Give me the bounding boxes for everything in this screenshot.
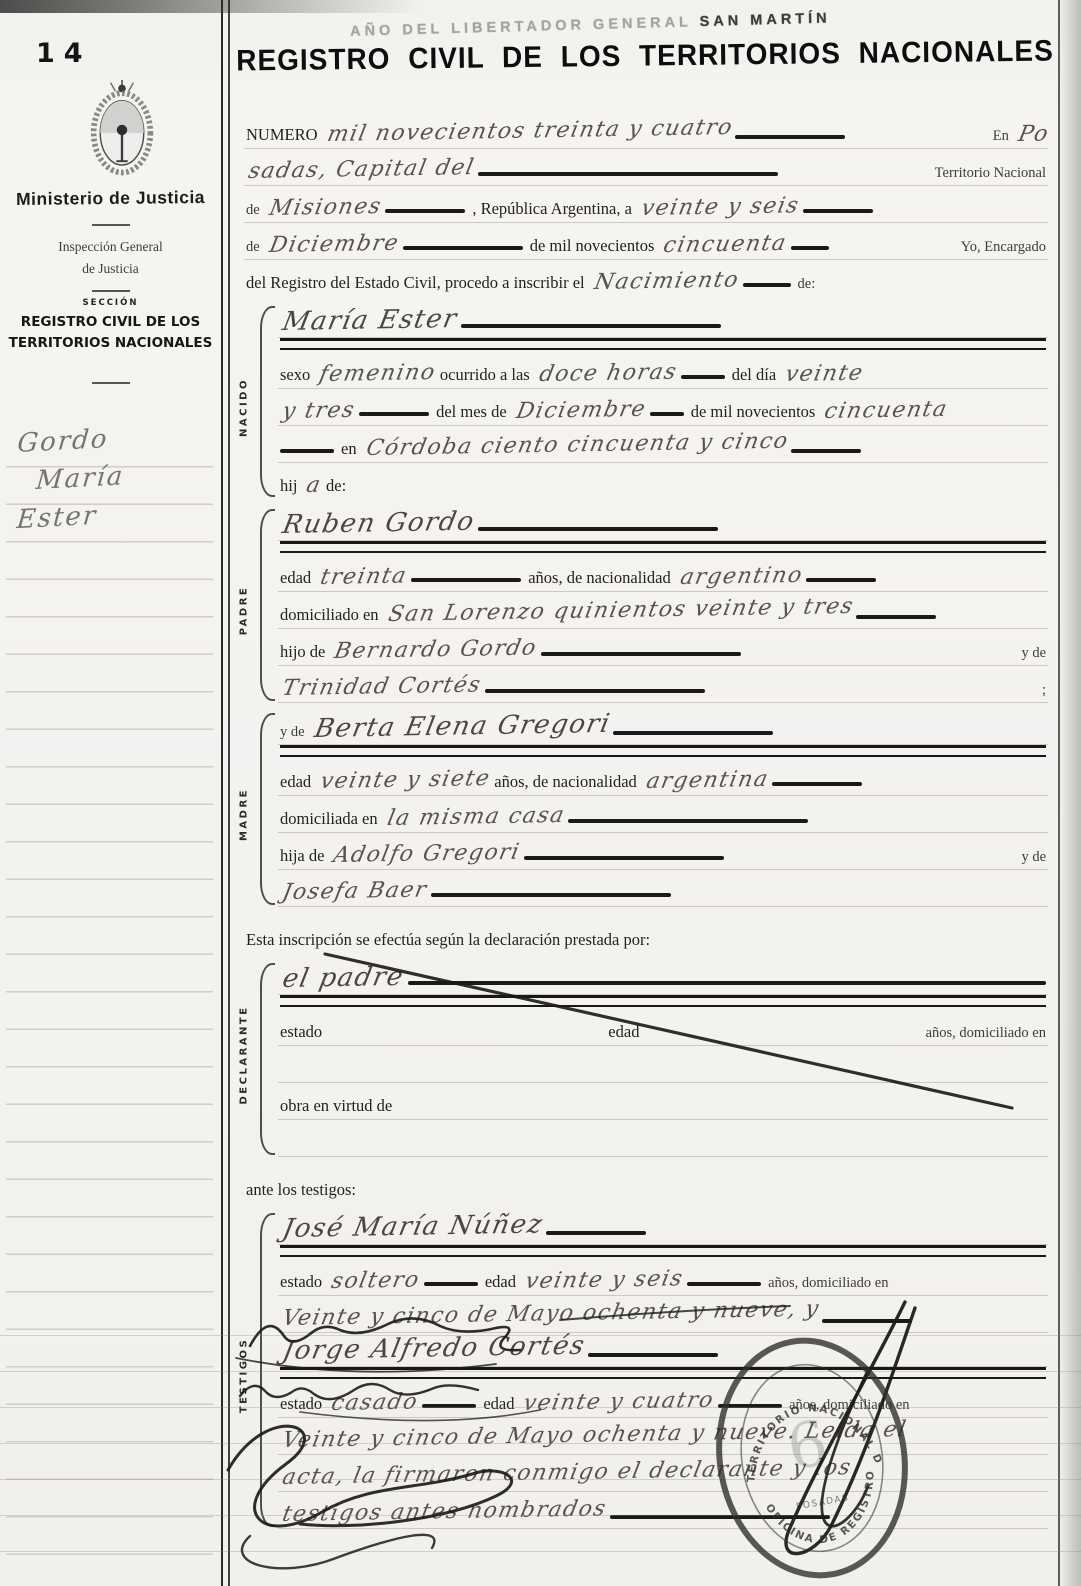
divider xyxy=(92,290,130,292)
ink-stroke xyxy=(431,893,671,897)
form-line: edadtreintaaños, de nacionalidadargentin… xyxy=(278,555,1048,592)
ink-stroke xyxy=(856,615,936,619)
divider xyxy=(92,224,130,226)
ink-stroke xyxy=(280,449,334,453)
form-label: del Registro del Estado Civil, procedo a… xyxy=(246,273,585,296)
handwritten-entry: soltero xyxy=(329,1269,422,1295)
handwritten-entry: Josefa Baer xyxy=(280,879,429,906)
document-title: REGISTRO CIVIL DE LOS TERRITORIOS NACION… xyxy=(232,34,1058,78)
year-stamp-faded: AÑO DEL LIBERTADOR GENERAL xyxy=(350,14,692,40)
form-label: domiciliado en xyxy=(280,605,379,628)
form-label: años, domiciliado en xyxy=(926,1025,1046,1045)
form-line: deDiciembrede mil novecientoscincuentaYo… xyxy=(244,223,1048,260)
form-line xyxy=(278,1046,1048,1083)
form-label: de: xyxy=(326,476,346,499)
form-line: edadveinte y sieteaños, de nacionalidada… xyxy=(278,759,1048,796)
handwritten-entry: la misma casa xyxy=(385,805,567,832)
folio-number: 14 xyxy=(36,38,92,69)
handwritten-entry: argentina xyxy=(644,769,771,795)
handwritten-entry: argentino xyxy=(678,565,805,591)
margin-handwritten-name: Gordo María Ester xyxy=(9,415,214,540)
handwritten-entry: sadas, Capital del xyxy=(246,157,477,185)
heavy-rule xyxy=(280,745,1046,757)
handwritten-entry: doce horas xyxy=(537,362,679,388)
form-label: Territorio Nacional xyxy=(935,165,1046,185)
handwritten-entry: cincuenta xyxy=(661,233,789,259)
ink-stroke xyxy=(485,689,705,693)
padre-block: Ruben Gordoedadtreintaaños, de nacionali… xyxy=(278,507,1048,703)
handwritten-entry: y tres xyxy=(280,400,357,425)
form-line: hijo deBernardo Gordoy de xyxy=(278,629,1048,666)
handwritten-entry: Berta Elena Gregori xyxy=(312,711,613,744)
heavy-rule xyxy=(280,995,1046,1007)
form-label: edad xyxy=(608,1022,639,1045)
form-label: del mes de xyxy=(436,402,507,425)
form-label: sexo xyxy=(280,365,310,388)
form-label: NUMERO xyxy=(246,125,318,148)
ink-stroke xyxy=(791,246,829,250)
form-line: estadoedadaños, domiciliado en xyxy=(278,1009,1048,1046)
form-label: estado xyxy=(280,1022,322,1045)
section-declarante: DECLARANTE el padreestadoedadaños, domic… xyxy=(244,961,1048,1157)
handwritten-entry: Ruben Gordo xyxy=(280,509,477,540)
registry-heading: REGISTRO CIVIL DE LOS TERRITORIOS NACION… xyxy=(0,312,221,354)
divider xyxy=(92,382,130,384)
ink-stroke xyxy=(803,209,873,213)
form-label: años, de nacionalidad xyxy=(494,772,637,795)
inspection-line2: de Justicia xyxy=(0,258,221,280)
declarante-block: el padreestadoedadaños, domiciliado enob… xyxy=(278,961,1048,1157)
handwritten-entry: San Lorenzo quinientos veinte y tres xyxy=(386,596,856,628)
form-label: hija de xyxy=(280,846,324,869)
form-label: obra en virtud de xyxy=(280,1096,392,1119)
section-bracket xyxy=(260,306,275,497)
form-line: NUMEROmil novecientos treinta y cuatroEn… xyxy=(244,112,1048,149)
signature-declarant-flourish xyxy=(236,1358,496,1372)
form-line: enCórdoba ciento cincuenta y cinco xyxy=(278,426,1048,463)
form-label: ocurrido a las xyxy=(440,365,530,388)
ink-stroke xyxy=(478,527,718,531)
declaration-intro-line: Esta inscripción se efectúa según la dec… xyxy=(244,917,1048,953)
ink-stroke xyxy=(613,731,773,735)
ink-stroke xyxy=(791,449,861,453)
signature-witness-1 xyxy=(240,1384,478,1399)
section-bracket xyxy=(260,963,275,1155)
section-madre: MADRE y deBerta Elena Gregoriedadveinte … xyxy=(244,711,1048,907)
registry-line1: REGISTRO CIVIL DE LOS xyxy=(0,312,221,333)
form-label: , República Argentina, a xyxy=(472,199,632,222)
inspection-subtitle: Inspección General de Justicia xyxy=(0,236,221,279)
handwritten-entry: Bernardo Gordo xyxy=(332,637,539,665)
inspection-line1: Inspección General xyxy=(0,236,221,258)
signature-witness-2 xyxy=(228,1426,512,1526)
signature-declarant xyxy=(250,1318,520,1350)
form-label: del día xyxy=(732,365,776,388)
section-nacido: NACIDO María Estersexofemeninoocurrido a… xyxy=(244,304,1048,499)
form-label: ; xyxy=(1042,682,1046,702)
form-label: domiciliada en xyxy=(280,809,378,832)
form-line: Ruben Gordo xyxy=(278,507,1048,541)
section-bracket xyxy=(260,509,275,701)
handwritten-entry: veinte y seis xyxy=(523,1268,685,1295)
ink-stroke xyxy=(541,652,741,656)
form-line: obra en virtud de xyxy=(278,1083,1048,1120)
form-label: de xyxy=(246,239,260,259)
handwritten-entry: José María Núñez xyxy=(280,1211,545,1244)
signatures-svg: TERRITORIO NACIONAL DE MISIONES OFICINA … xyxy=(0,1300,1081,1586)
declaration-intro-text: Esta inscripción se efectúa según la dec… xyxy=(246,930,650,953)
ink-stroke xyxy=(650,412,684,416)
ink-stroke xyxy=(385,209,465,213)
handwritten-entry: mil novecientos treinta y cuatro xyxy=(325,117,735,148)
form-label: y de xyxy=(1021,645,1046,665)
stamp-center-numeral: 6 xyxy=(782,1406,834,1485)
form-label: Yo, Encargado xyxy=(961,239,1046,259)
form-line xyxy=(278,745,1048,759)
form-line xyxy=(278,338,1048,352)
form-label: estado xyxy=(280,1272,322,1295)
ink-stroke xyxy=(743,283,791,287)
registry-line2: TERRITORIOS NACIONALES xyxy=(0,333,221,354)
form-line: hija deAdolfo Gregoriy de xyxy=(278,833,1048,870)
ink-stroke xyxy=(772,782,862,786)
heavy-rule xyxy=(280,541,1046,553)
ministry-title: Ministerio de Justicia xyxy=(0,187,221,210)
form-line: domiciliado enSan Lorenzo quinientos vei… xyxy=(278,592,1048,629)
form-line xyxy=(278,1120,1048,1157)
form-line: del Registro del Estado Civil, procedo a… xyxy=(244,260,1048,296)
handwritten-entry: veinte y seis xyxy=(639,195,801,222)
handwritten-entry: cincuenta xyxy=(822,399,950,425)
ink-stroke xyxy=(735,135,845,139)
form-label: y de xyxy=(280,724,305,744)
coat-of-arms-icon xyxy=(84,78,160,182)
form-label: de mil novecientos xyxy=(691,402,816,425)
handwritten-entry: a xyxy=(304,475,323,499)
form-line: Josefa Baer xyxy=(278,870,1048,907)
form-line: sexofemeninoocurrido a lasdoce horasdel … xyxy=(278,352,1048,389)
handwritten-entry: treinta xyxy=(318,566,409,591)
form-line: domiciliada enla misma casa xyxy=(278,796,1048,833)
ink-stroke xyxy=(687,1282,761,1286)
ink-stroke xyxy=(524,856,724,860)
heavy-rule xyxy=(280,338,1046,350)
signature-area: TERRITORIO NACIONAL DE MISIONES OFICINA … xyxy=(0,1300,1081,1586)
ink-stroke xyxy=(478,172,778,176)
form-line xyxy=(278,541,1048,555)
signature-witness-2-loop xyxy=(242,1535,434,1568)
form-line: Trinidad Cortés; xyxy=(278,666,1048,703)
nacido-block: María Estersexofemeninoocurrido a lasdoc… xyxy=(278,304,1048,499)
form-line: José María Núñez xyxy=(278,1211,1048,1245)
form-label: de: xyxy=(798,276,816,296)
intro-block: NUMEROmil novecientos treinta y cuatroEn… xyxy=(244,112,1048,296)
handwritten-entry: femenino xyxy=(317,362,438,388)
ink-stroke xyxy=(408,981,1046,985)
form-line xyxy=(278,1245,1048,1259)
witnesses-intro-line: ante los testigos: xyxy=(244,1167,1048,1203)
madre-block: y deBerta Elena Gregoriedadveinte y siet… xyxy=(278,711,1048,907)
form-label: En xyxy=(993,128,1009,148)
form-line: y tresdel mes deDiciembrede mil novecien… xyxy=(278,389,1048,426)
ink-stroke xyxy=(461,324,721,328)
vertical-label-padre: PADRE xyxy=(239,571,250,651)
form-label: de mil novecientos xyxy=(530,236,655,259)
form-label: años, de nacionalidad xyxy=(528,568,671,591)
vertical-label-declarante: DECLARANTE xyxy=(239,1025,250,1105)
vertical-label-madre: MADRE xyxy=(239,775,250,855)
form-label: edad xyxy=(280,568,311,591)
form-line: hijade: xyxy=(278,463,1048,499)
section-padre: PADRE Ruben Gordoedadtreintaaños, de nac… xyxy=(244,507,1048,703)
vertical-label-nacido: NACIDO xyxy=(239,367,250,447)
section-heading: SECCIÓN xyxy=(0,298,221,308)
form-label: hijo de xyxy=(280,642,325,665)
ink-stroke xyxy=(546,1231,646,1235)
form-line: sadas, Capital delTerritorio Nacional xyxy=(244,149,1048,186)
form-label: edad xyxy=(485,1272,516,1295)
year-stamp-dark: SAN MARTÍN xyxy=(699,10,830,30)
ink-stroke xyxy=(411,578,521,582)
ink-stroke xyxy=(806,578,876,582)
handwritten-entry: Adolfo Gregori xyxy=(331,842,522,869)
handwritten-entry: Córdoba ciento cincuenta y cinco xyxy=(364,431,791,462)
handwritten-entry: el padre xyxy=(280,964,406,994)
form-label: y de xyxy=(1021,849,1046,869)
signature-witness-1-underline xyxy=(300,1410,540,1421)
witnesses-intro-text: ante los testigos: xyxy=(246,1180,356,1203)
ink-stroke xyxy=(681,375,725,379)
form-line: y deBerta Elena Gregori xyxy=(278,711,1048,745)
ink-stroke xyxy=(359,412,429,416)
handwritten-entry: Nacimiento xyxy=(592,269,741,296)
ink-stroke xyxy=(568,819,808,823)
heavy-rule xyxy=(280,1245,1046,1257)
form-line xyxy=(278,995,1048,1009)
ink-stroke xyxy=(424,1282,478,1286)
handwritten-entry: veinte xyxy=(783,363,865,388)
ink-stroke xyxy=(403,246,523,250)
handwritten-entry: Diciembre xyxy=(514,399,648,425)
form-label: años, domiciliado en xyxy=(768,1275,888,1295)
scanned-birth-certificate: { "margin": { "folio_number": "14", "min… xyxy=(0,0,1081,1586)
handwritten-entry: veinte y siete xyxy=(318,768,492,795)
form-label: edad xyxy=(280,772,311,795)
section-bracket xyxy=(260,713,275,905)
form-line: el padre xyxy=(278,961,1048,995)
handwritten-entry: Trinidad Cortés xyxy=(280,675,483,702)
handwritten-entry: Diciembre xyxy=(267,233,401,259)
handwritten-entry: María Ester xyxy=(280,306,460,337)
form-label: hij xyxy=(280,476,297,499)
form-line: María Ester xyxy=(278,304,1048,338)
form-line: estadosolteroedadveinte y seisaños, domi… xyxy=(278,1259,1048,1296)
form-label: de xyxy=(246,202,260,222)
form-label: en xyxy=(341,439,357,462)
handwritten-entry: Misiones xyxy=(267,196,384,222)
handwritten-entry: Po xyxy=(1016,123,1051,148)
form-line: deMisiones, República Argentina, aveinte… xyxy=(244,186,1048,223)
registrar-rubric-tail xyxy=(560,1306,790,1320)
